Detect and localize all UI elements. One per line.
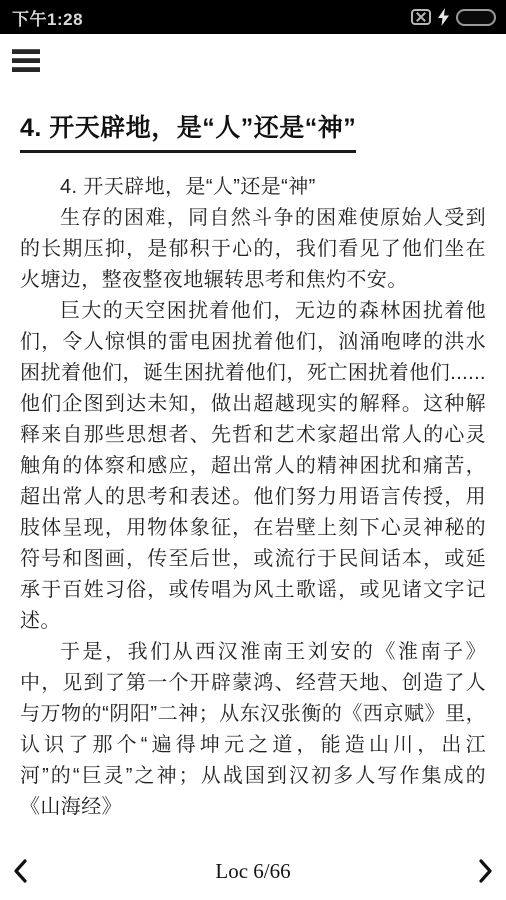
hamburger-bar — [12, 67, 40, 72]
paragraph: 巨大的天空困扰着他们，无边的森林困扰着他们，令人惊惧的雷电困扰着他们，汹涌咆哮的… — [20, 296, 486, 637]
paragraph: 生存的困难，同自然斗争的困难使原始人受到的长期压抑，是郁积于心的，我们看见了他们… — [20, 203, 486, 296]
chapter-body: 4. 开天辟地，是“人”还是“神” 生存的困难，同自然斗争的困难使原始人受到的长… — [20, 172, 486, 823]
clock-time: 下午1:28 — [12, 5, 83, 30]
hamburger-menu-icon[interactable] — [12, 49, 40, 72]
status-icons — [411, 8, 496, 26]
no-sim-icon — [411, 9, 431, 25]
reader-page[interactable]: 4. 开天辟地，是“人”还是“神” 4. 开天辟地，是“人”还是“神” 生存的困… — [0, 112, 506, 823]
next-page-icon[interactable] — [478, 859, 494, 883]
pagination-bar: Loc 6/66 — [0, 842, 506, 900]
paragraph: 4. 开天辟地，是“人”还是“神” — [20, 172, 486, 203]
paragraph: 于是，我们从西汉淮南王刘安的《淮南子》中，见到了第一个开辟蒙鸿、经营天地、创造了… — [20, 637, 486, 823]
prev-page-icon[interactable] — [12, 859, 28, 883]
hamburger-bar — [12, 58, 40, 63]
battery-icon — [456, 9, 496, 26]
chapter-title: 4. 开天辟地，是“人”还是“神” — [20, 112, 356, 153]
location-indicator: Loc 6/66 — [215, 859, 290, 884]
charging-bolt-icon — [438, 8, 449, 26]
status-bar: 下午1:28 — [0, 0, 506, 34]
hamburger-bar — [12, 49, 40, 54]
